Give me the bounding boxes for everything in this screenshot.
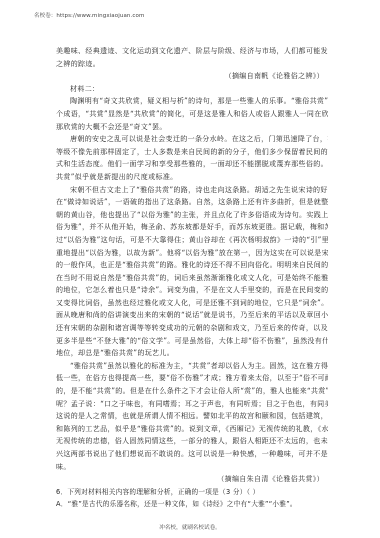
paragraph-line: 无视传统的忠德，俗人固然同情这些，一部分的雅人，跟俗人相距还不太远的，也未尝不高 — [56, 435, 328, 448]
paragraph-line: 的一般作风，也正是“雅俗共赏”的路。雅化的诗还不得不回向俗化。明明来自民间的词， — [56, 259, 328, 272]
page-footer: 冲名校，就刷名校试卷。 — [0, 523, 380, 531]
material-label: 材料二： — [56, 83, 328, 96]
paragraph-line: 地位，却总是“雅俗共赏”的玩艺儿。 — [56, 347, 328, 360]
paragraph-line: 在当时不用说自然是“雅俗共赏”的，词后来虽然渐渐雅化或文人化，可是始终不能雅到诗 — [56, 272, 328, 285]
source-citation: （摘编自南帆《论雅俗之辨》） — [56, 70, 328, 83]
paragraph-line: 更多半是些“不登大雅”的“俗文学”。可是虽然俗，大体上却“俗不伤雅”，虽然没有什… — [56, 335, 328, 348]
paragraph-line: 呢？孟子说：“口之于味也，有同嗜焉；耳之于声也，有同听焉；目之于色也，有同美焉。… — [56, 398, 328, 411]
paragraph-line: 共赏”似乎就是新提出的尺度或标准。 — [56, 171, 328, 184]
paragraph-first-line: 陶渊明有“奇文共欣赏，疑义相与析”的诗句，那是一些雅人的乐事。“雅俗共赏”这 — [56, 95, 328, 108]
paragraph-first-line: 宋朝不但古文走上了“雅俗共赏”的路，诗也走向这条路。胡适之先生说宋诗的好处就 — [56, 184, 328, 197]
paragraph-line: 和陈列的工艺品，似乎是“雅俗共赏”的。说到文章，《西厢记》无视传统的礼教，《水浒… — [56, 423, 328, 436]
paragraph-line: 过“以俗为雅”这句话，可是不大靠得住；黄山谷却在《再次杨明叔韵》一诗的“引”里郑 — [56, 234, 328, 247]
paragraph-line: 的，是不能“共赏”的。但是在什么条件之下才会让俗人所“赏”的，雅人也能来“共赏” — [56, 385, 328, 398]
paragraph-line: 之辨的踪迹。 — [56, 58, 328, 71]
question-line: 6．下列对材料相关内容的理解和分析，正确的一项是（3 分）（ ） — [56, 486, 328, 499]
paragraph-first-line: “雅俗共赏”虽然以雅化的标准为主，“共赏”者却以俗人为主。固然，这在雅方得降 — [56, 360, 328, 373]
paragraph-line: 式和生活态度。他们一面学习和享受那些雅的，一面却还不能摆脱或蔑弃那些俗的。“雅俗 — [56, 158, 328, 171]
paragraph-line: 兴这两部书说出了他们想说而不敢说的。这可以说是一种快感，一种趣味，可并不是低级趣 — [56, 448, 328, 461]
paragraph-line: 那欣赏的大概不会还是“奇文”罢。 — [56, 121, 328, 134]
source-citation: （摘编自朱自清《论雅俗共赏》） — [56, 473, 328, 486]
paragraph-line: 面从晚唐和尚的俗讲演变出来的宋朝的“说话”就是说书，乃至后来的平话以及章回小说， — [56, 309, 328, 322]
paragraph-line: 等级不像先前那样固定了，士人多数是来自民间的新的分子，他们多少保留着民间的生活方 — [56, 146, 328, 159]
paragraph-line: 低一些，在俗方也得提高一些，要“俗不伤雅”才成；雅方看来太俗，以至于“俗不可耐” — [56, 372, 328, 385]
paragraph-first-line: 唐朝的安史之乱可以说是社会变迁的一条分水岭。在这之后，门第迅速降了台，社会的 — [56, 133, 328, 146]
paragraph-line: 还有宋朝的杂剧和诸宫调等等转变成功的元朝的杂剧和戏文，乃至后来的传奇，以及皮黄戏… — [56, 322, 328, 335]
paragraph-line: 的地位，它怎么着也只是“诗余”。词变为曲，不是在文人手里变的，而是在民间变的；曲 — [56, 284, 328, 297]
paragraph-line: 美趣味、经典遗迹、文化运动到文化遗产、阶层与阶级、经济与市场，人们都可能发现雅俗 — [56, 45, 328, 58]
paragraph-line: 个成语，“共赏”显然是“共欣赏”的简化，可是这是雅人和俗人或俗人跟雅人一同在欣赏… — [56, 108, 328, 121]
site-header: 名校卷：https://www.mingxiaojuan.com — [34, 11, 144, 19]
question-line: A．“雅”是古代的乐器名称，还是一种文体，如《诗经》之中有“大雅”“小雅”。 — [56, 498, 328, 511]
paragraph-line: 又变得比词俗，虽然也经过雅化或文人化，可是还雅不到词的地位，它只是“词余”。一方 — [56, 297, 328, 310]
paragraph-line: 重地提出“以俗为雅，以故为新”。他将“以俗为雅”放在第一，因为这实在可以说是宋诗 — [56, 247, 328, 260]
paragraph-line: 味。 — [56, 461, 328, 474]
paragraph-line: 俗为雅”，并不从他开始，梅圣俞、苏东坡都是好手，而苏东坡更胜。据记载，梅和苏都说 — [56, 221, 328, 234]
document-body: 美趣味、经典遗迹、文化运动到文化遗产、阶层与阶级、经济与市场，人们都可能发现雅俗… — [56, 45, 328, 511]
paragraph-line: 朝的黄山谷，他也提出了“以俗为雅”的主张，并且点化了许多俗语成为诗句。实践上“以 — [56, 209, 328, 222]
paragraph-line: 在“做诗如说话”，一语破的指出了这条路。自然，这条路上还有许多曲折，但是就整个宋 — [56, 196, 328, 209]
paragraph-line: 这说的是人之常情，也就是所谓人情不相远。譬如北平的故宫和颐和园，包括建筑，风景 — [56, 410, 328, 423]
